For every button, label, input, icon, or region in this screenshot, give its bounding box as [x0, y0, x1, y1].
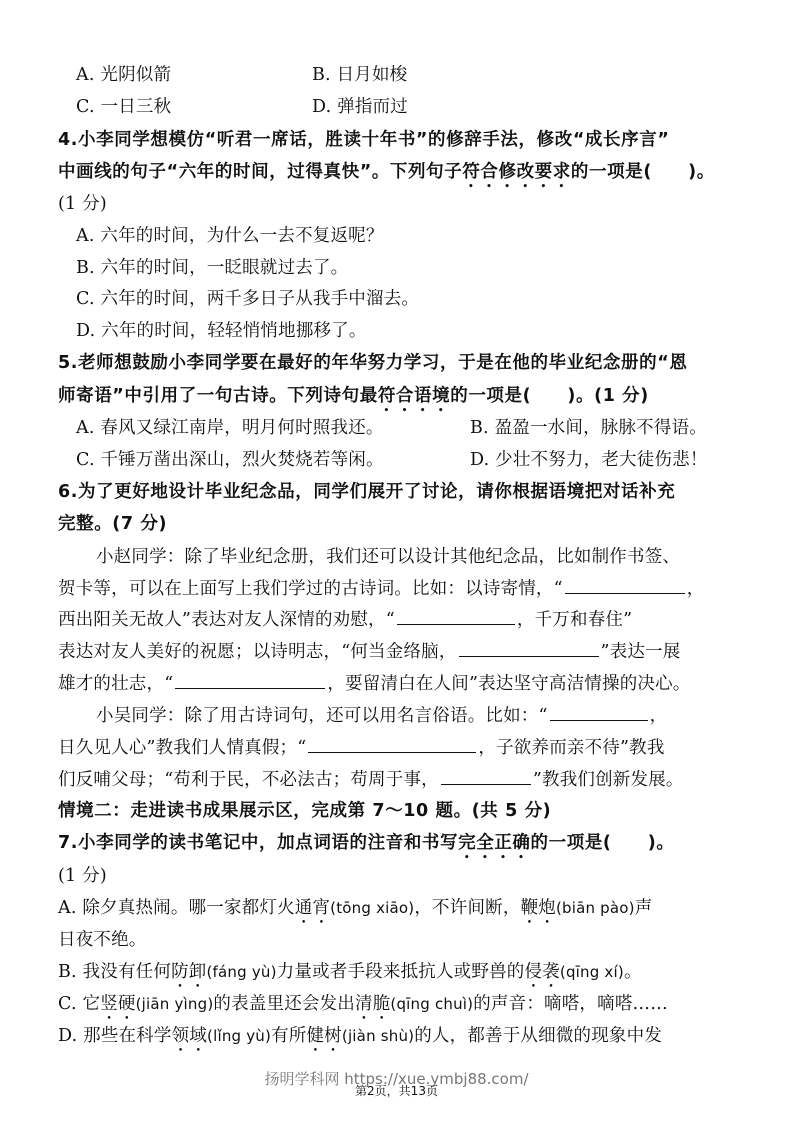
fill-blank-1[interactable] — [565, 573, 685, 594]
q6-wu-line2: 日久见人心”教我们人情真假；“，子欲养而亲不待”教我 — [58, 732, 743, 764]
q7-option-text: A. 除夕真热闹。哪一家都灯火 — [58, 898, 295, 918]
fill-blank-3[interactable] — [459, 636, 599, 657]
q7-option-d: D. 那些在科学领域(lǐng yù)有所健树(jiàn shù)的人，都善于从… — [58, 1020, 743, 1052]
q6-wu-line3: 们反哺父母；“苟利于民，不必法古；苟周于事，”教我们创新发展。 — [58, 764, 743, 796]
q7-option-text: D. 那些在科学 — [58, 1026, 172, 1046]
q6-wu-text: ”教我们创新发展。 — [533, 770, 684, 790]
q7-word: 通宵 — [295, 898, 330, 918]
q7-score: (1 分) — [58, 860, 743, 892]
q7-option-text: 的人，都善于从细微的现象中发 — [414, 1026, 662, 1046]
q6-wu-text: 日久见人心”教我们人情真假；“ — [58, 738, 306, 758]
q6-zhao-text: ”表达一展 — [601, 642, 681, 662]
q6-zhao-text: ，要留清白在人间”表达坚守高洁情操的决心。 — [327, 674, 690, 694]
q7-pinyin: (fáng yù) — [207, 963, 277, 981]
q7-word: 领域 — [172, 1026, 207, 1046]
q6-zhao-text: 表达对友人美好的祝愿；以诗明志，“何当金络脑， — [58, 642, 457, 662]
q6-stem-line1: 6.为了更好地设计毕业纪念品，同学们展开了讨论，请你根据语境把对话补充 — [58, 476, 743, 508]
q7-word: 侵袭 — [524, 962, 559, 982]
fill-blank-5[interactable] — [550, 700, 648, 721]
q7-option-text: 。 — [624, 962, 642, 982]
q7-option-text: 声 — [635, 898, 653, 918]
q4-option-c: C. 六年的时间，两千多日子从我手中溜去。 — [76, 283, 743, 315]
q6-zhao-line4: 表达对友人美好的祝愿；以诗明志，“何当金络脑，”表达一展 — [58, 636, 743, 668]
q6-wu-text: 小吴同学：除了用古诗词句，还可以用名言俗语。比如：“ — [96, 706, 548, 726]
q5-stem-line1: 5.老师想鼓励小李同学要在最好的年华努力学习，于是在他的毕业纪念册的“恩 — [58, 347, 743, 379]
q7-pinyin: (qīng chuì) — [390, 995, 473, 1013]
q7-word: 健树 — [306, 1026, 341, 1046]
q5-emphasis: 符合语境 — [378, 386, 450, 406]
q4-answer-blank: 的一项是( )。 — [571, 162, 715, 182]
q7-option-text: 力量或者手段来抵抗人或野兽的 — [277, 962, 525, 982]
fill-blank-4[interactable] — [175, 668, 325, 689]
fill-blank-7[interactable] — [441, 764, 531, 785]
q7-option-a-line1: A. 除夕真热闹。哪一家都灯火通宵(tōng xiāo)，不许间断，鞭炮(biā… — [58, 892, 743, 924]
q6-zhao-line2: 贺卡等，可以在上面写上我们学过的古诗词。比如：以诗寄情，“， — [58, 573, 743, 605]
page-number: 第2页，共13页 — [0, 1082, 793, 1099]
fill-blank-6[interactable] — [308, 732, 476, 753]
q4-stem-line2: 中画线的句子“六年的时间，过得真快”。下列句子符合修改要求的一项是( )。 — [58, 156, 743, 188]
q7-option-a-line2: 日夜不绝。 — [58, 924, 743, 956]
q4-option-d: D. 六年的时间，轻轻悄悄地挪移了。 — [76, 315, 743, 347]
q7-pinyin: (qīng xí) — [560, 963, 624, 981]
q6-zhao-text: 贺卡等，可以在上面写上我们学过的古诗词。比如：以诗寄情，“ — [58, 579, 563, 599]
q4-stem-text: 中画线的句子“六年的时间，过得真快”。下列句子 — [58, 162, 462, 182]
q6-wu-line1: 小吴同学：除了用古诗词句，还可以用名言俗语。比如：“， — [96, 700, 743, 732]
q3-option-b-text: B. 日月如梭 — [312, 65, 407, 85]
q6-wu-text: ，子欲养而亲不待”教我 — [478, 738, 664, 758]
q6-zhao-text: 西出阳关无故人”表达对友人深情的劝慰，“ — [58, 610, 395, 630]
fill-blank-2[interactable] — [397, 604, 515, 625]
q5-option-d: D. 少壮不努力，老大徒伤悲！ — [470, 444, 743, 476]
q6-zhao-line3: 西出阳关无故人”表达对友人深情的劝慰，“，千万和春住” — [58, 604, 743, 636]
q6-zhao-line1: 小赵同学：除了毕业纪念册，我们还可以设计其他纪念品，比如制作书签、 — [96, 541, 743, 573]
q7-stem-line1: 7.小李同学的读书笔记中，加点词语的注音和书写完全正确的一项是( )。 — [58, 827, 743, 859]
q3-option-d-text: D. 弹指而过 — [312, 97, 408, 117]
q7-emphasis: 完全正确 — [458, 833, 530, 853]
q4-emphasis: 符合修改要求 — [462, 162, 571, 182]
q6-zhao-text: 雄才的壮志，“ — [58, 674, 173, 694]
q7-word: 防卸 — [171, 962, 206, 982]
q7-word: 鞭炮 — [521, 898, 556, 918]
q7-option-text: C. 它 — [58, 994, 100, 1014]
q6-comma: ， — [687, 579, 705, 599]
q4-option-b: B. 六年的时间，一眨眼就过去了。 — [76, 252, 743, 284]
q4-score: (1 分) — [58, 188, 743, 220]
q6-wu-text: 们反哺父母；“苟利于民，不必法古；苟周于事， — [58, 770, 439, 790]
q7-option-text: 的表盖里还会发出 — [213, 994, 355, 1014]
q7-option-text: B. 我没有任何 — [58, 962, 171, 982]
q3-option-d: D. 弹指而过 — [312, 91, 743, 123]
q5-stem-text: 师寄语”中引用了一句古诗。下列诗句最 — [58, 386, 378, 406]
q6-zhao-text: ，千万和春住” — [517, 610, 632, 630]
q7-word: 竖硬 — [100, 994, 135, 1014]
q5-answer-blank: 的一项是( )。(1 分) — [450, 386, 649, 406]
q5-option-b: B. 盈盈一水间，脉脉不得语。 — [470, 412, 743, 444]
q6-zhao-line5: 雄才的壮志，“，要留清白在人间”表达坚守高洁情操的决心。 — [58, 668, 743, 700]
q7-pinyin: (jiàn shù) — [342, 1027, 414, 1045]
q6-comma: ， — [650, 706, 668, 726]
q7-pinyin: (biān pào) — [556, 899, 635, 917]
q7-answer-blank: 的一项是( )。 — [531, 833, 675, 853]
q7-option-text: ，不许间断， — [414, 898, 520, 918]
q7-pinyin: (jiān yìng) — [136, 995, 214, 1013]
q7-option-c: C. 它竖硬(jiān yìng)的表盖里还会发出清脆(qīng chuì)的声… — [58, 988, 743, 1020]
q3-option-c-text: C. 一日三秋 — [76, 97, 171, 117]
q3-option-a-text: A. 光阴似箭 — [76, 65, 171, 85]
q7-option-text: 的声音：嘀嗒，嘀嗒…… — [473, 994, 668, 1014]
q4-option-a: A. 六年的时间，为什么一去不复返呢？ — [76, 220, 743, 252]
q4-stem-line1: 4.小李同学想模仿“听君一席话，胜读十年书”的修辞手法，修改“成长序言” — [58, 124, 743, 156]
q7-option-b: B. 我没有任何防卸(fáng yù)力量或者手段来抵抗人或野兽的侵袭(qīng… — [58, 956, 743, 988]
q7-option-text: 有所 — [271, 1026, 306, 1046]
q7-stem-text: 7.小李同学的读书笔记中，加点词语的注音和书写 — [58, 833, 458, 853]
q5-stem-line2: 师寄语”中引用了一句古诗。下列诗句最符合语境的一项是( )。(1 分) — [58, 380, 743, 412]
q7-word: 清脆 — [355, 994, 390, 1014]
q7-pinyin: (lǐng yù) — [207, 1027, 271, 1045]
q6-stem-line2: 完整。(7 分) — [58, 508, 743, 540]
section2-heading: 情境二：走进读书成果展示区，完成第 7～10 题。(共 5 分) — [58, 795, 743, 827]
q3-option-b: B. 日月如梭 — [312, 59, 743, 91]
q7-pinyin: (tōng xiāo) — [330, 899, 414, 917]
